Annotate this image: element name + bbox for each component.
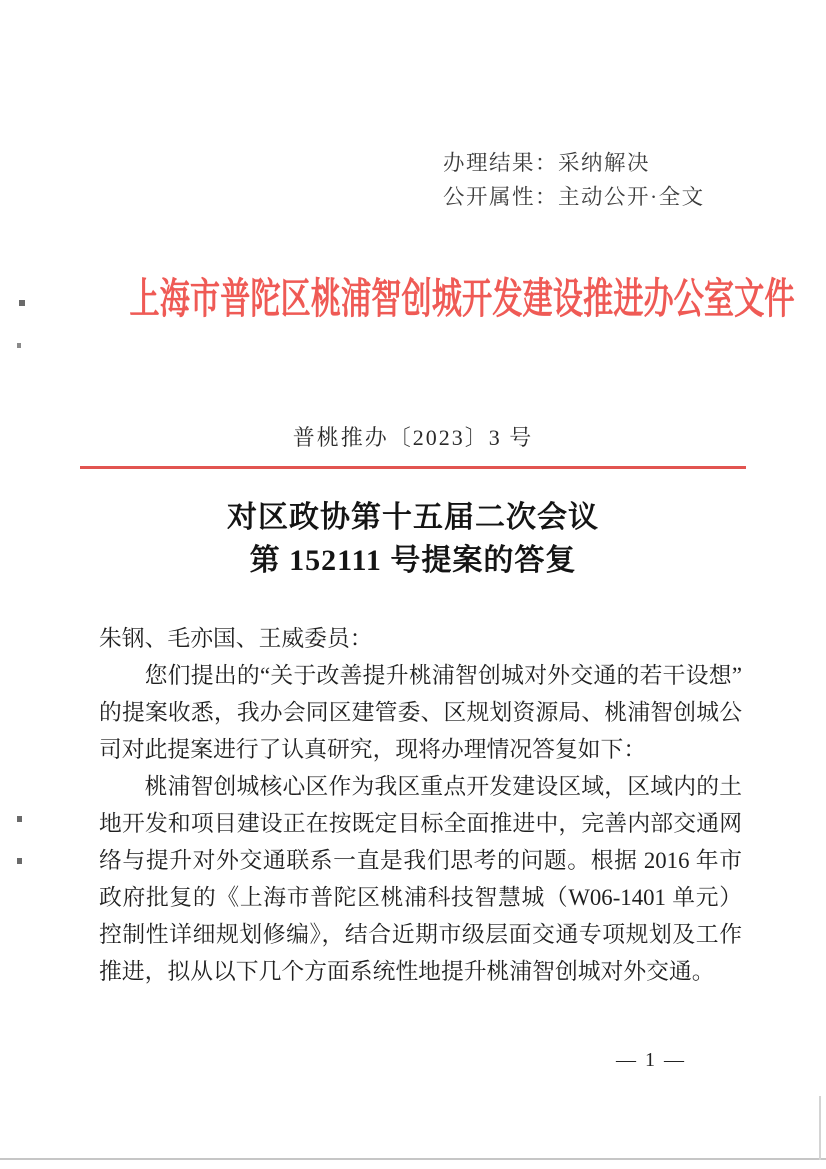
processing-result: 办理结果：采纳解决 — [443, 146, 705, 180]
doc-title: 对区政协第十五届二次会议 第 152111 号提案的答复 — [0, 496, 826, 582]
disclosure-attribute: 公开属性：主动公开·全文 — [443, 180, 705, 214]
scan-speck — [17, 858, 22, 864]
red-separator-rule — [80, 466, 746, 469]
document-page: 办理结果：采纳解决 公开属性：主动公开·全文 上海市普陀区桃浦智创城开发建设推进… — [0, 0, 826, 1169]
scan-speck — [17, 343, 21, 348]
salutation: 朱钢、毛亦国、王威委员： — [99, 620, 742, 657]
header-meta-block: 办理结果：采纳解决 公开属性：主动公开·全文 — [443, 146, 705, 214]
body-text: 朱钢、毛亦国、王威委员： 您们提出的“关于改善提升桃浦智创城对外交通的若干设想”… — [99, 620, 742, 990]
scan-speck — [19, 300, 25, 306]
paragraph: 桃浦智创城核心区作为我区重点开发建设区域，区域内的土地开发和项目建设正在按既定目… — [99, 768, 742, 990]
doc-title-line1: 对区政协第十五届二次会议 — [0, 496, 826, 539]
agency-masthead: 上海市普陀区桃浦智创城开发建设推进办公室文件 — [0, 274, 826, 326]
page-edge-shadow-bottom — [0, 1158, 826, 1160]
doc-number: 普桃推办〔2023〕3 号 — [0, 421, 826, 452]
doc-title-line2: 第 152111 号提案的答复 — [0, 539, 826, 582]
page-edge-shadow-right — [819, 1096, 821, 1160]
paragraph: 您们提出的“关于改善提升桃浦智创城对外交通的若干设想”的提案收悉，我办会同区建管… — [99, 657, 742, 768]
agency-masthead-title: 上海市普陀区桃浦智创城开发建设推进办公室文件 — [129, 274, 794, 326]
page-number: — 1 — — [576, 1049, 726, 1072]
scan-speck — [17, 816, 22, 822]
